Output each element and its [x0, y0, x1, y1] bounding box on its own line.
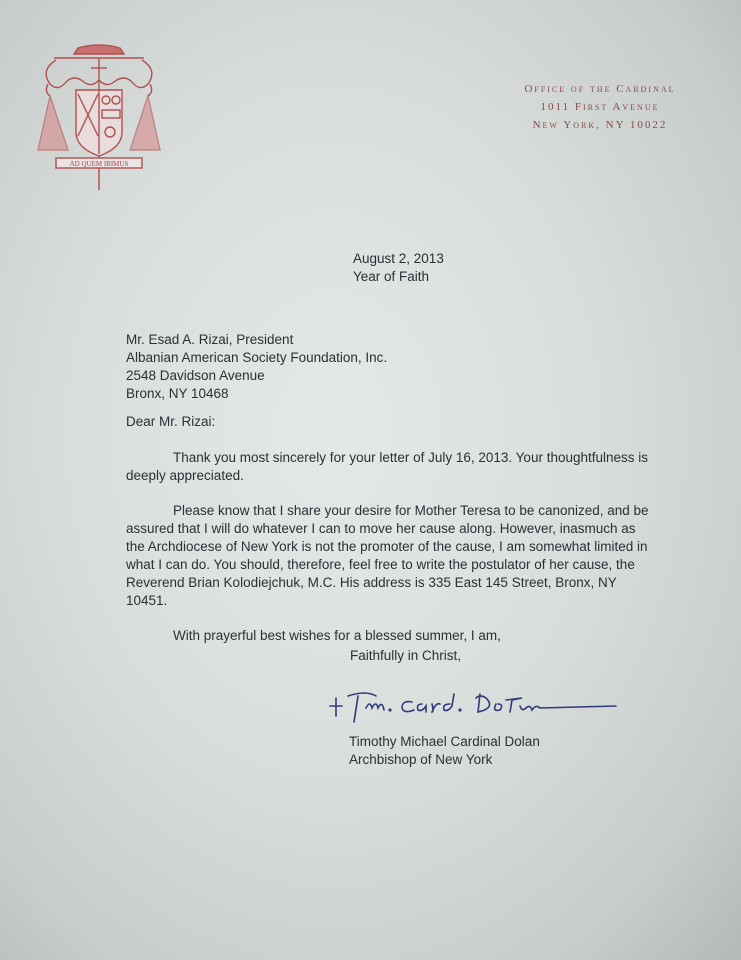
recipient-organization: Albanian American Society Foundation, In… — [126, 349, 387, 367]
handwritten-signature — [326, 686, 626, 734]
recipient-address: Mr. Esad A. Rizai, President Albanian Am… — [126, 331, 387, 403]
coat-of-arms-icon: AD QUEM IBIMUS — [34, 40, 164, 192]
svg-text:AD QUEM IBIMUS: AD QUEM IBIMUS — [70, 160, 129, 168]
paragraph-wishes: With prayerful best wishes for a blessed… — [126, 627, 656, 645]
signatory-block: Timothy Michael Cardinal Dolan Archbisho… — [349, 733, 540, 769]
closing: Faithfully in Christ, — [350, 647, 461, 665]
letterhead-street: 1011 First Avenue — [500, 98, 700, 116]
recipient-street: 2548 Davidson Avenue — [126, 367, 387, 385]
recipient-city: Bronx, NY 10468 — [126, 385, 387, 403]
letter-date-subtitle: Year of Faith — [353, 268, 444, 286]
paragraph-thanks: Thank you most sincerely for your letter… — [126, 449, 656, 485]
letterhead-city: New York, NY 10022 — [500, 116, 700, 134]
salutation: Dear Mr. Rizai: — [126, 413, 215, 431]
letter-body: Thank you most sincerely for your letter… — [126, 449, 656, 662]
letterhead-address: Office of the Cardinal 1011 First Avenue… — [500, 80, 700, 134]
signatory-title: Archbishop of New York — [349, 751, 540, 769]
paragraph-canonization: Please know that I share your desire for… — [126, 502, 656, 610]
recipient-name: Mr. Esad A. Rizai, President — [126, 331, 387, 349]
letterhead-office: Office of the Cardinal — [500, 80, 700, 98]
signatory-name: Timothy Michael Cardinal Dolan — [349, 733, 540, 751]
letter-date-block: August 2, 2013 Year of Faith — [353, 250, 444, 286]
letter-date: August 2, 2013 — [353, 250, 444, 268]
